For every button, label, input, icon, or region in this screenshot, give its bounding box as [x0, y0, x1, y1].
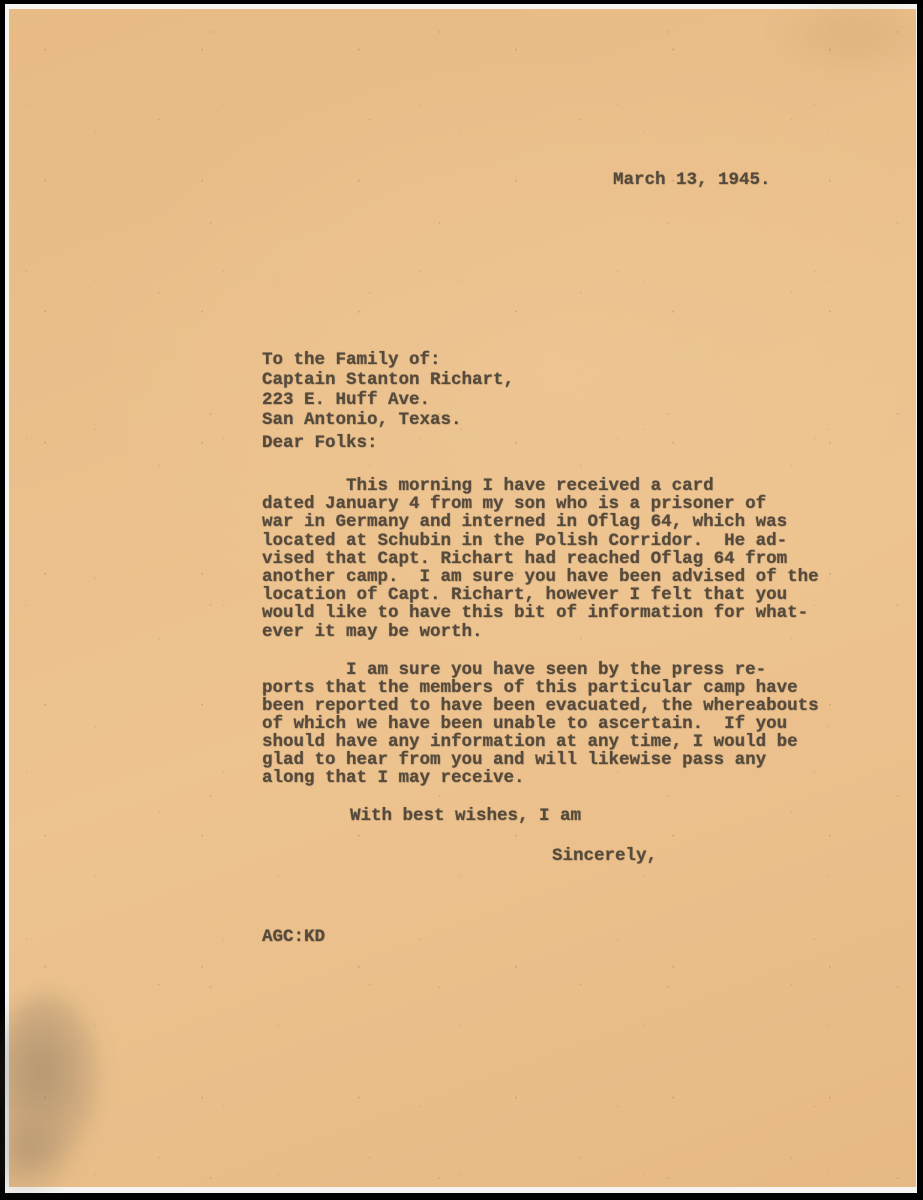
- reference-initials: AGC:KD: [262, 927, 325, 947]
- smudge-stain-bottom-left: [0, 994, 101, 1169]
- body-paragraph-2: I am sure you have seen by the press re-…: [262, 661, 819, 787]
- salutation: Dear Folks:: [262, 433, 378, 453]
- recipient-address: To the Family of: Captain Stanton Richar…: [262, 350, 514, 430]
- faint-stain-top-right: [769, 0, 923, 79]
- signoff: Sincerely,: [552, 846, 657, 866]
- letter-paper: March 13, 1945. To the Family of: Captai…: [9, 9, 916, 1187]
- closing-line: With best wishes, I am: [350, 806, 581, 826]
- body-paragraph-1: This morning I have received a card date…: [262, 477, 819, 641]
- scanned-letter-page: March 13, 1945. To the Family of: Captai…: [0, 0, 923, 1200]
- letter-date: March 13, 1945.: [613, 170, 771, 190]
